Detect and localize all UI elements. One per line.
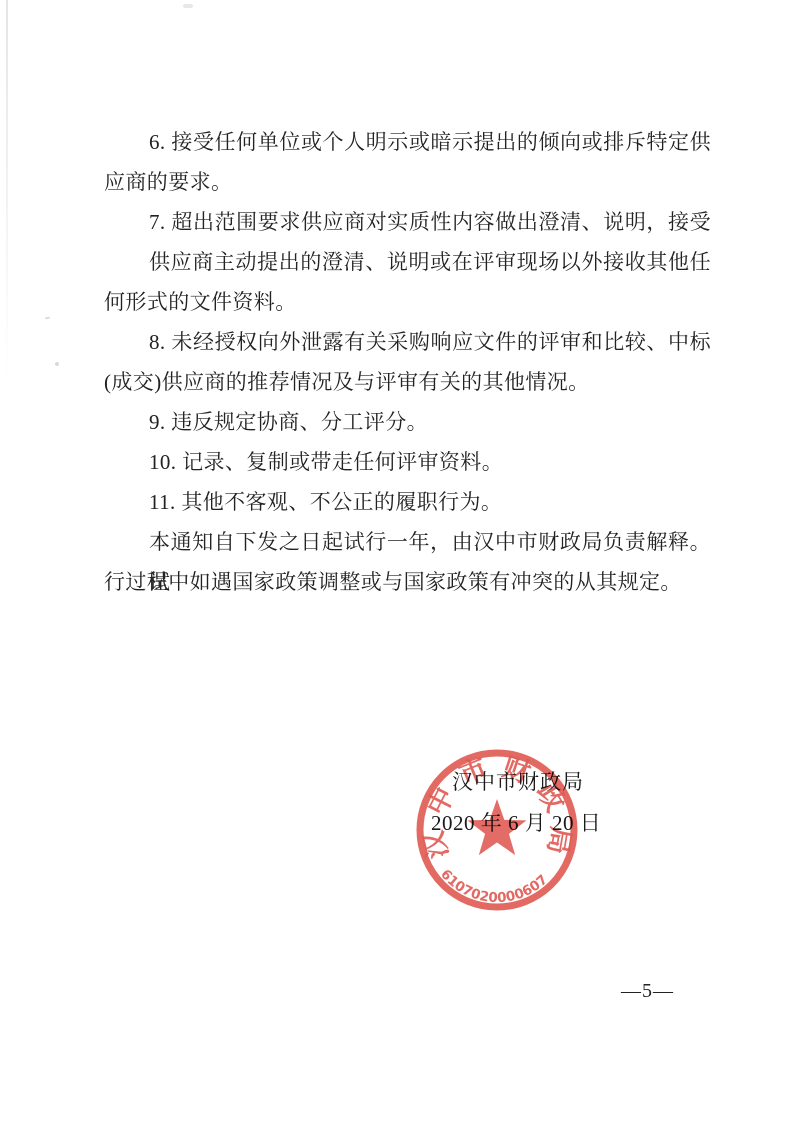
- scan-speck: [55, 362, 59, 366]
- document-line-item7-cont2: 何形式的文件资料。: [104, 282, 711, 322]
- document-line-item7: 7. 超出范围要求供应商对实质性内容做出澄清、说明，接受: [104, 202, 711, 242]
- document-line-item11: 11. 其他不客观、不公正的履职行为。: [104, 482, 711, 522]
- seal-star: [468, 799, 527, 855]
- scan-edge-artifact: [6, 0, 8, 380]
- document-line-item6-cont: 应商的要求。: [104, 162, 711, 202]
- document-line-item6: 6. 接受任何单位或个人明示或暗示提出的倾向或排斥特定供: [104, 122, 711, 162]
- scanned-page: 6. 接受任何单位或个人明示或暗示提出的倾向或排斥特定供 应商的要求。 7. 超…: [0, 0, 793, 1121]
- page-number: —5—: [621, 980, 674, 1003]
- scan-speck: [183, 4, 193, 8]
- document-line-closing-cont: 行过程中如遇国家政策调整或与国家政策有冲突的从其规定。: [104, 562, 711, 602]
- document-line-closing: 本通知自下发之日起试行一年，由汉中市财政局负责解释。试: [104, 522, 711, 562]
- document-line-item8: 8. 未经授权向外泄露有关采购响应文件的评审和比较、中标: [104, 322, 711, 362]
- official-seal: 汉中市财政局 6107020000607: [393, 723, 605, 929]
- document-line-item10: 10. 记录、复制或带走任何评审资料。: [104, 442, 711, 482]
- scan-speck: [45, 317, 50, 320]
- document-line-item9: 9. 违反规定协商、分工评分。: [104, 402, 711, 442]
- document-body: 6. 接受任何单位或个人明示或暗示提出的倾向或排斥特定供 应商的要求。 7. 超…: [104, 122, 711, 602]
- document-line-item7-cont1: 供应商主动提出的澄清、说明或在评审现场以外接收其他任: [104, 242, 711, 282]
- document-line-item8-cont: (成交)供应商的推荐情况及与评审有关的其他情况。: [104, 362, 711, 402]
